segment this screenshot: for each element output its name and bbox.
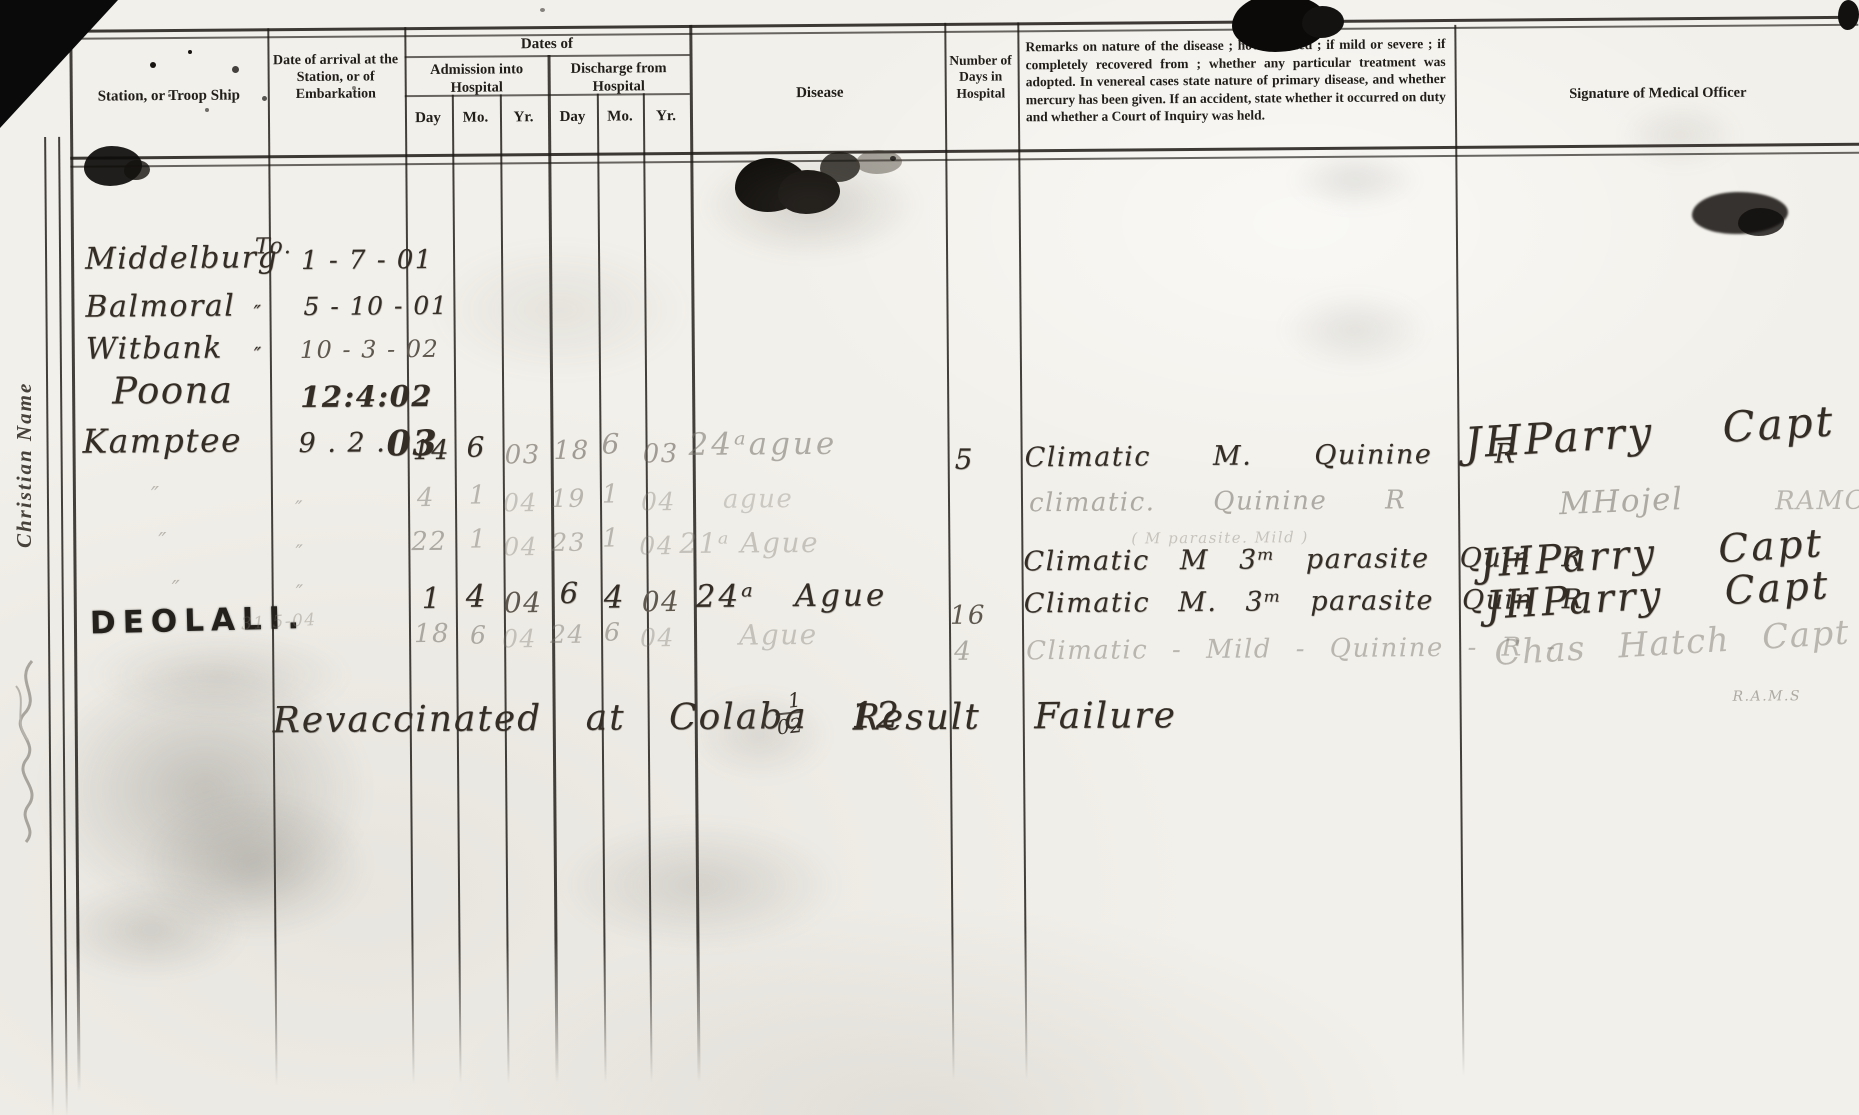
- header-dates-of: Dates of: [404, 34, 689, 55]
- admission-year: 04: [502, 624, 537, 653]
- column-line-admission-discharge: [547, 55, 558, 1083]
- admission-day: 22: [411, 527, 447, 557]
- discharge-month: 6: [601, 427, 621, 460]
- discharge-day: 23: [551, 528, 586, 557]
- disease-entry: 21ᵃ Ague: [679, 526, 819, 560]
- ditto-mark: ″: [151, 483, 161, 508]
- admission-day: 14: [412, 435, 450, 466]
- margin-line-inner: [58, 137, 68, 1115]
- arrival-entry: 10 - 3 - 02: [300, 335, 440, 364]
- header-dis-day: Day: [550, 108, 595, 127]
- header-disease: Disease: [700, 83, 940, 103]
- ink-speck: [232, 66, 239, 73]
- admission-year: 04: [503, 532, 538, 561]
- paper-stain: [700, 150, 920, 260]
- remarks-entry: Climatic - Mild - Quinine - R -: [1026, 632, 1557, 666]
- ditto-mark: ″: [158, 529, 168, 554]
- days-entry: 4: [954, 637, 972, 667]
- paper-stain: [1290, 150, 1420, 210]
- ditto-mark: ″: [254, 342, 263, 366]
- header-adm-mo: Mo.: [453, 108, 498, 127]
- discharge-year: 04: [642, 585, 681, 618]
- discharge-month: 1: [602, 479, 620, 509]
- medical-officer-signature: MHojel: [1558, 481, 1684, 522]
- paper-stain: [690, 690, 830, 780]
- paper-stain: [1280, 290, 1430, 370]
- ditto-mark: ″: [253, 300, 262, 324]
- document-sheet: Station, or Troop Ship Date of arrival a…: [0, 0, 1859, 1115]
- discharge-day: 18: [553, 436, 589, 466]
- ditto-mark: ″: [296, 580, 305, 604]
- discharge-month: 4: [604, 579, 626, 615]
- paper-stain: [1620, 100, 1740, 170]
- discharge-year: 03: [643, 439, 679, 469]
- scanned-medical-record-sheet: Station, or Troop Ship Date of arrival a…: [0, 0, 1859, 1115]
- header-days: Number of Days in Hospital: [945, 52, 1015, 102]
- ink-speck: [890, 156, 896, 161]
- arrival-entry: 9 . 2 .: [298, 427, 386, 459]
- margin-vertical-label: Christian Name: [12, 382, 37, 548]
- station-entry: Kamptee: [82, 420, 242, 460]
- ink-speck: [168, 94, 171, 97]
- header-arrival: Date of arrival at the Station, or of Em…: [270, 51, 400, 103]
- paper-stain: [430, 240, 690, 380]
- revaccination-note-suffix: Result Failure: [853, 695, 1178, 739]
- disease-entry: ague: [723, 484, 794, 515]
- admission-day: 1: [422, 581, 442, 615]
- header-admission: Admission into Hospital: [408, 61, 546, 97]
- discharge-month: 6: [604, 617, 622, 646]
- admission-month: 6: [470, 621, 488, 650]
- discharge-year: 04: [639, 531, 674, 560]
- header-adm-day: Day: [406, 109, 450, 128]
- paper-stain: [90, 630, 350, 720]
- header-discharge: Discharge from Hospital: [552, 60, 686, 96]
- admission-month: 1: [469, 481, 487, 511]
- table-top-border-inner: [69, 24, 1858, 40]
- header-adm-yr: Yr.: [501, 108, 546, 127]
- days-entry: 5: [955, 443, 975, 476]
- station-entry: Middelburg: [85, 240, 278, 277]
- arrival-entry: 12:4:02: [300, 379, 433, 414]
- admission-day: 4: [417, 483, 435, 513]
- ink-speck: [352, 86, 356, 90]
- ink-speck: [150, 62, 156, 68]
- station-entry-note: To.: [255, 234, 293, 259]
- ink-speck: [540, 8, 545, 12]
- arrival-entry: 5 - 10 - 01: [303, 291, 448, 321]
- header-dis-mo: Mo.: [598, 107, 642, 126]
- column-line-days: [944, 23, 954, 1080]
- ditto-mark: ″: [295, 540, 304, 564]
- ink-speck: [188, 50, 192, 54]
- discharge-day: 19: [551, 484, 586, 513]
- medical-officer-signature-corps: RAMC: [1775, 486, 1859, 517]
- header-bottom-border: [70, 143, 1859, 160]
- discharge-month: 1: [602, 523, 620, 553]
- header-remarks: Remarks on nature of the disease ; how i…: [1025, 35, 1446, 126]
- header-dis-yr: Yr.: [644, 107, 688, 126]
- margin-line-outer: [44, 137, 54, 1115]
- remarks-entry: climatic. Quinine R: [1029, 485, 1406, 518]
- column-line-adm-day: [452, 95, 462, 1084]
- disease-entry: 24ᵃ Ague: [696, 577, 888, 615]
- medical-officer-signature-corps: R.A.M.S: [1733, 688, 1802, 705]
- disease-entry: Ague: [739, 618, 818, 652]
- admission-month: 4: [466, 579, 488, 615]
- disease-entry: 24ᵃague: [688, 426, 837, 463]
- remarks-entry: Climatic M. Quinine R: [1025, 438, 1517, 473]
- paper-stain: [560, 820, 840, 950]
- station-entry: Poona: [112, 369, 234, 413]
- arrival-entry: 1 - 7 - 01: [301, 245, 433, 276]
- header-signature: Signature of Medical Officer: [1558, 85, 1758, 104]
- station-entry: Witbank: [86, 331, 223, 367]
- admission-year: 04: [503, 488, 538, 517]
- ditto-mark: ″: [172, 577, 182, 602]
- admission-month: 6: [466, 431, 486, 464]
- ink-speck: [205, 108, 209, 112]
- discharge-day: 6: [560, 576, 580, 610]
- admission-day: 18: [414, 619, 450, 649]
- medical-officer-signature: JHParry Capt: [1463, 396, 1836, 467]
- admission-year: 03: [505, 440, 541, 470]
- ditto-mark: ″: [295, 496, 304, 520]
- paper-stain: [56, 880, 246, 980]
- ink-speck: [262, 96, 267, 101]
- days-entry: 16: [950, 601, 986, 631]
- admission-year: 04: [504, 586, 543, 619]
- discharge-year: 04: [640, 623, 675, 652]
- admission-month: 1: [469, 525, 487, 555]
- discharge-year: 04: [641, 487, 676, 516]
- station-entry: Balmoral: [85, 289, 235, 325]
- discharge-day: 24: [550, 620, 585, 649]
